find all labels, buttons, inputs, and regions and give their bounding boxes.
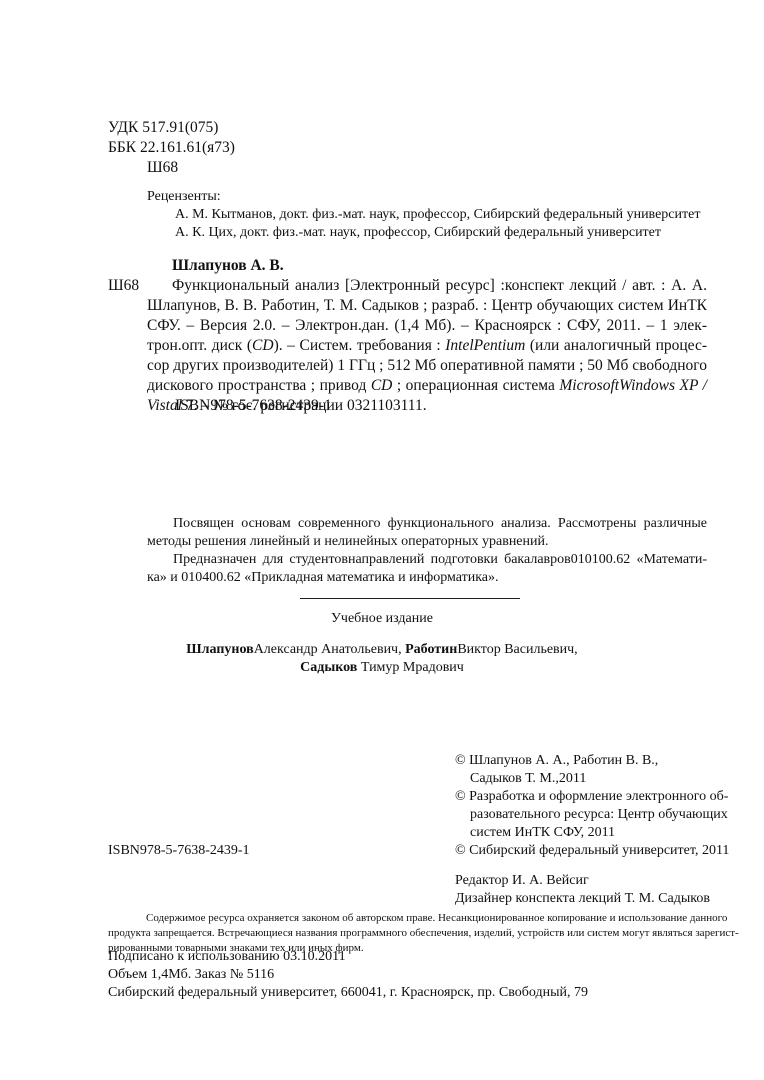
reviewer-1: А. М. Кытманов, докт. физ.-мат. наук, пр… bbox=[175, 206, 700, 224]
edition-type: Учебное издание bbox=[0, 610, 764, 628]
imprint-volume: Объем 1,4Мб. Заказ № 5116 bbox=[108, 966, 274, 984]
copyright-line: систем ИнТК СФУ, 2011 bbox=[470, 824, 615, 842]
edition-authors-line-2: Садыков Тимур Мрадович bbox=[0, 659, 764, 677]
udk-code: УДК 517.91(075) bbox=[108, 118, 218, 138]
copyright-line: © Шлапунов А. А., Работин В. В., bbox=[455, 752, 658, 770]
annotation-line: Предназначен для студентовнаправлений по… bbox=[147, 551, 707, 569]
imprint-signed: Подписано к использованию 03.10.2011 bbox=[108, 948, 346, 966]
card-isbn: ISBN978-5-7638-2439-1 bbox=[175, 396, 332, 416]
card-line: трон.опт. диск (CD). – Систем. требовани… bbox=[147, 336, 707, 356]
copyright-line: © Сибирский федеральный университет, 201… bbox=[455, 842, 729, 860]
card-author-heading: Шлапунов А. В. bbox=[172, 256, 284, 276]
editor-credit: Редактор И. А. Вейсиг bbox=[455, 872, 589, 890]
reviewer-2: А. К. Цих, докт. физ.-мат. наук, професс… bbox=[175, 224, 661, 242]
copyright-line: Садыков Т. М.,2011 bbox=[470, 770, 586, 788]
card-mark: Ш68 bbox=[108, 276, 139, 296]
imprint-publisher: Сибирский федеральный университет, 66004… bbox=[108, 984, 588, 1002]
card-line: Шлапунов, В. В. Работин, Т. М. Садыков ;… bbox=[147, 296, 707, 316]
legal-line: продукта запрещается. Встречающиеся назв… bbox=[108, 926, 714, 941]
author-mark: Ш68 bbox=[147, 158, 178, 178]
card-line: сор других производителей) 1 ГГц ; 512 М… bbox=[147, 356, 707, 376]
copyright-line: © Разработка и оформление электронного о… bbox=[455, 788, 728, 806]
card-line: СФУ. – Версия 2.0. – Электрон.дан. (1,4 … bbox=[147, 316, 707, 336]
legal-line: Содержимое ресурса охраняется законом об… bbox=[108, 911, 714, 926]
annotation-line: ка» и 010400.62 «Прикладная математика и… bbox=[147, 569, 707, 587]
annotation: Посвящен основам современного функционал… bbox=[147, 515, 707, 587]
card-line: дискового пространства ; привод CD ; опе… bbox=[147, 376, 707, 396]
copyright-line: разовательного ресурса: Центр обучающих bbox=[470, 806, 728, 824]
reviewers-heading: Рецензенты: bbox=[147, 188, 221, 206]
annotation-line: Посвящен основам современного функционал… bbox=[147, 515, 707, 533]
edition-authors-line-1: ШлапуновАлександр Анатольевич, РаботинВи… bbox=[0, 641, 764, 659]
card-description: Функциональный анализ [Электронный ресур… bbox=[147, 276, 707, 416]
designer-credit: Дизайнер конспекта лекций Т. М. Садыков bbox=[455, 890, 710, 908]
separator-line bbox=[300, 598, 520, 599]
bottom-isbn: ISBN978-5-7638-2439-1 bbox=[108, 842, 250, 860]
card-line: Функциональный анализ [Электронный ресур… bbox=[147, 276, 707, 296]
bbk-code: ББК 22.161.61(я73) bbox=[108, 138, 235, 158]
annotation-line: методы решения линейный и нелинейных опе… bbox=[147, 533, 707, 551]
